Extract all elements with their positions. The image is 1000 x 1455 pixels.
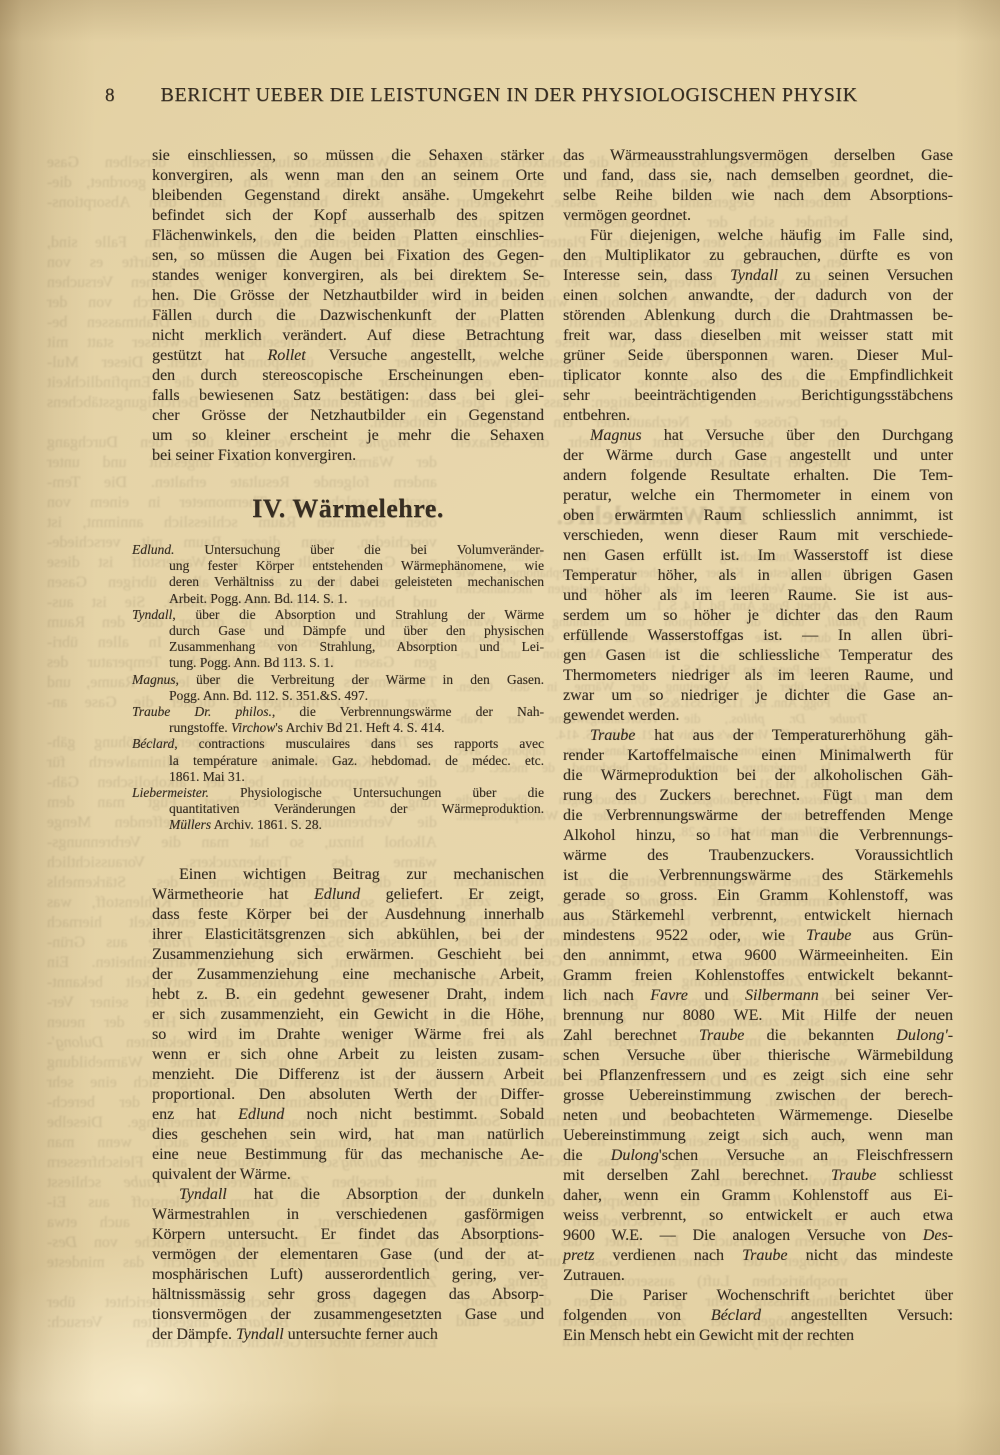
text-line: nen Gasen erfüllt ist. Im Wasserstoff is… <box>563 546 953 566</box>
paragraph: Für diejenigen, welche häufig im Falle s… <box>563 226 953 426</box>
text-line: Temperatur höher, als in allen übrigen G… <box>563 566 953 586</box>
italic-name: Béclard <box>711 1307 761 1324</box>
text-line: vermögen der elementaren Gase (und der a… <box>152 1245 544 1265</box>
text-line: und fand, dass sie, nach demselben geord… <box>563 166 953 186</box>
italic-name: Tyndall <box>236 1326 284 1343</box>
bibliography-line: Zusammenhang von Strahlung, Absorption u… <box>169 639 544 655</box>
text-line: Fällen durch die Dazwischenkunft der Pla… <box>152 306 544 326</box>
bibliography-entry: Béclard, contractions musculaires dans s… <box>152 736 544 785</box>
bibliography-line: quantitativen Veränderungen der Wärmepro… <box>169 801 544 817</box>
text-line: den Multiplikator zu gebrauchen, dürfte … <box>563 246 953 266</box>
italic-name: Edlund. <box>132 542 174 557</box>
italic-name: Magnus <box>132 672 176 687</box>
bibliography-entry: Liebermeister. Physiologische Untersuchu… <box>152 785 544 834</box>
text-line: selbe Reihe bilden wie nach dem Absorpti… <box>563 186 953 206</box>
text-line: so wird im Drahte weniger Wärme frei als <box>152 1025 544 1045</box>
text-line: tionsvermögen der zusammengesetzten Gase… <box>152 1305 544 1325</box>
text-line: serdem um so höher je dichter das den Ra… <box>563 606 953 626</box>
text-line: gen Gasen ist die schliessliche Temperat… <box>563 646 953 666</box>
text-line: weiss verbrennt, so entwickelt er auch e… <box>563 1206 953 1226</box>
bibliography-line: Tyndall, über die Absorption und Strahlu… <box>132 607 544 623</box>
text-line: gewendet werden. <box>563 706 953 726</box>
italic-name: Traube <box>742 1247 787 1264</box>
text-line: freit war, dass dieselben mit weisser st… <box>563 326 953 346</box>
text-line: der Wärme durch Gase angestellt und unte… <box>563 446 953 466</box>
text-line: aus Stärkemehl verbrennt, entwickelt hie… <box>563 906 953 926</box>
text-line: entbehren. <box>563 406 953 426</box>
bibliography-line: rungstoffe. Virchow's Archiv Bd 21. Heft… <box>169 720 544 736</box>
text-line: Thermometers niedriger als im leeren Rau… <box>563 666 953 686</box>
bibliography-line: Edlund. Untersuchung über die bei Volumv… <box>132 542 544 558</box>
text-line: befindet sich der Kopf ausserhalb des sp… <box>152 206 544 226</box>
italic-name: Silbermann <box>745 987 819 1004</box>
paragraph: Einen wichtigen Beitrag zur mechanischen… <box>152 865 544 1185</box>
text-line: Körpern untersucht. Er findet das Absorp… <box>152 1225 544 1245</box>
text-line: brennung nur 8080 WE. Mit Hilfe der neue… <box>563 1006 953 1026</box>
text-line: Traube hat aus der Temperaturerhöhung gä… <box>563 726 953 746</box>
italic-name: Tyndall <box>179 1186 227 1203</box>
text-line: Zahl berechnet Traube die bekannten Dulo… <box>563 1026 953 1046</box>
text-line: Tyndall hat die Absorption der dunkeln <box>152 1185 544 1205</box>
text-line: bei Pflanzenfressern und es zeigt sich e… <box>563 1066 953 1086</box>
italic-name: Traube Dr. philos. <box>132 704 272 719</box>
text-line: mit derselben Zahl berechnet. Traube sch… <box>563 1166 953 1186</box>
paragraph: sie einschliessen, so müssen die Sehaxen… <box>152 146 544 466</box>
italic-name: Tyndall <box>132 607 172 622</box>
text-line: der Zusammenziehung eine mechanische Arb… <box>152 965 544 985</box>
text-line: wärme des Traubenzuckers. Voraussichtlic… <box>563 846 953 866</box>
text-line: mosphärischen Luft) ausserordentlich ger… <box>152 1265 544 1285</box>
text-line: den annimmt, etwa 9600 Wärmeeinheiten. E… <box>563 946 953 966</box>
italic-name: Traube <box>806 927 851 944</box>
text-line: cher Grösse der Netzhautbilder ein Gegen… <box>152 406 544 426</box>
italic-name: Edlund <box>238 1106 284 1123</box>
bibliography-entry: Magnus, über die Verbreitung der Wärme i… <box>152 672 544 704</box>
header-title: BERICHT UEBER DIE LEISTUNGEN IN DER PHYS… <box>161 84 858 107</box>
text-line: enz hat Edlund noch nicht bestimmt. Soba… <box>152 1105 544 1125</box>
paragraph: Die Pariser Wochenschrift berichtet über… <box>563 1286 953 1346</box>
paragraph: Tyndall hat die Absorption der dunkelnWä… <box>152 1185 544 1345</box>
paragraph: das Wärmeausstrahlungsvermögen derselben… <box>563 146 953 226</box>
text-line: Zusammenziehung sich erwärmen. Geschieht… <box>152 945 544 965</box>
text-line: dies geschehen sein wird, hat man natürl… <box>152 1125 544 1145</box>
italic-name: Favre <box>650 987 688 1004</box>
text-line: die Wärmeproduktion bei der alkoholische… <box>563 766 953 786</box>
paragraph: Magnus hat Versuche über den Durchgangde… <box>563 426 953 726</box>
text-line: störenden Ablenkung durch die Drahtmasse… <box>563 306 953 326</box>
text-line: proportional. Den absoluten Werth der Di… <box>152 1085 544 1105</box>
text-line: bleibenden Gegenstand direkt ansähe. Umg… <box>152 186 544 206</box>
text-line: bei seiner Fixation konvergiren. <box>152 446 544 466</box>
italic-name: Traube <box>699 1027 744 1044</box>
text-line: den durch stereoscopische Erscheinungen … <box>152 366 544 386</box>
text-line: grosse Uebereinstimmung zwischen der ber… <box>563 1086 953 1106</box>
text-line: lich nach Favre und Silbermann bei seine… <box>563 986 953 1006</box>
text-line: andern folgende Resultate erhalten. Die … <box>563 466 953 486</box>
text-line: hältnissmässig sehr gross dagegen das Ab… <box>152 1285 544 1305</box>
text-line: neten und beobachteten Wärmemenge. Diese… <box>563 1106 953 1126</box>
italic-name: Dulong' <box>896 1027 947 1044</box>
running-header: 8 BERICHT UEBER DIE LEISTUNGEN IN DER PH… <box>105 84 858 107</box>
text-line: sie einschliessen, so müssen die Sehaxen… <box>152 146 544 166</box>
text-line: dass feste Körper bei der Ausdehnung inn… <box>152 905 544 925</box>
text-line: quivalent der Wärme. <box>152 1165 544 1185</box>
bibliography-line: la température animale. Gaz. hebdomad. d… <box>169 753 544 769</box>
italic-name: Müllers <box>169 817 211 832</box>
text-line: vermögen geordnet. <box>563 206 953 226</box>
italic-name: Edlund <box>314 886 360 903</box>
bibliography-list: Edlund. Untersuchung über die bei Volumv… <box>152 542 544 834</box>
bibliography-line: Magnus, über die Verbreitung der Wärme i… <box>132 672 544 688</box>
text-line: Die Pariser Wochenschrift berichtet über <box>563 1286 953 1306</box>
text-line: oben erwärmten Raum schliesslich annimmt… <box>563 506 953 526</box>
text-line: das Wärmeausstrahlungsvermögen derselben… <box>563 146 953 166</box>
text-line: konvergiren, als wenn man den an seinem … <box>152 166 544 186</box>
italic-name: Dulong <box>611 1147 659 1164</box>
text-line: mindestens 9522 oder, wie Traube aus Grü… <box>563 926 953 946</box>
bibliography-line: durch Gase und Dämpfe und über den physi… <box>169 623 544 639</box>
italic-name: Rollet <box>268 347 306 364</box>
text-line: standes weniger konvergiren, als bei dir… <box>152 266 544 286</box>
text-line: um so kleiner erscheint je mehr die Seha… <box>152 426 544 446</box>
text-line: sen, so müssen die Augen bei Fixation de… <box>152 246 544 266</box>
bibliography-line: Pogg. Ann. Bd. 112. S. 351.&S. 497. <box>169 688 544 704</box>
left-column: sie einschliessen, so müssen die Sehaxen… <box>152 146 544 1345</box>
section-heading: IV. Wärmelehre. <box>152 493 544 525</box>
bibliography-line: Arbeit. Pogg. Ann. Bd. 114. S. 1. <box>169 591 544 607</box>
italic-name: Béclard <box>132 736 174 751</box>
italic-name: Liebermeister. <box>132 785 209 800</box>
bibliography-entry: Tyndall, über die Absorption und Strahlu… <box>152 607 544 672</box>
text-line: verschieden, wenn dieser Raum mit versch… <box>563 526 953 546</box>
text-line: Gramm freien Kohlenstoffes entwickelt be… <box>563 966 953 986</box>
bibliography-line: Traube Dr. philos., die Verbrennungswärm… <box>132 704 544 720</box>
text-line: gerade so gross. Ein Gramm Kohlenstoff, … <box>563 886 953 906</box>
text-line: rung des Zuckers berechnet. Fügt man dem <box>563 786 953 806</box>
text-line: der Dämpfe. Tyndall untersuchte ferner a… <box>152 1325 544 1345</box>
text-line: peratur, welche ein Thermometer in einem… <box>563 486 953 506</box>
italic-name: Magnus <box>590 427 642 444</box>
bibliography-line: deren Verhältniss zu der dabei geleistet… <box>169 574 544 590</box>
bibliography-line: Béclard, contractions musculaires dans s… <box>132 736 544 752</box>
text-line: einen solchen anwandte, der dadurch von … <box>563 286 953 306</box>
text-line: tiplicator konnte also des die Empfindli… <box>563 366 953 386</box>
text-line: die Verbrennungswärme der betreffenden M… <box>563 806 953 826</box>
bibliography-line: 1861. Mai 31. <box>169 769 544 785</box>
bibliography-entry: Edlund. Untersuchung über die bei Volumv… <box>152 542 544 607</box>
text-line: die Dulong'schen Versuche an Fleischfres… <box>563 1146 953 1166</box>
book-page: 8 BERICHT UEBER DIE LEISTUNGEN IN DER PH… <box>0 0 1000 1455</box>
italic-name: Traube <box>590 727 635 744</box>
text-line: eine neue Bestimmung für das mechanische… <box>152 1145 544 1165</box>
bibliography-line: ung fester Körper entstehenden Wärmephän… <box>169 558 544 574</box>
text-line: und höher als im leeren Raume. Sie ist a… <box>563 586 953 606</box>
text-line: Magnus hat Versuche über den Durchgang <box>563 426 953 446</box>
text-line: Wärmestrahlen in verschiedenen gasförmig… <box>152 1205 544 1225</box>
text-line: er sich zusammenzieht, ein Gewicht in di… <box>152 1005 544 1025</box>
text-line: 9600 W.E. — Die analogen Versuche von De… <box>563 1226 953 1246</box>
text-line: render Kartoffelmaische einen Minimalwer… <box>563 746 953 766</box>
right-column: das Wärmeausstrahlungsvermögen derselben… <box>563 146 953 1346</box>
text-line: falls bewiesenen Satz bestätigen: dass b… <box>152 386 544 406</box>
text-line: schen Versuche über thierische Wärmebild… <box>563 1046 953 1066</box>
text-line: Zutrauen. <box>563 1266 953 1286</box>
text-line: ist die Verbrennungswärme des Stärkemehl… <box>563 866 953 886</box>
italic-name: Traube <box>831 1167 876 1184</box>
italic-name: Des- <box>923 1227 953 1244</box>
bibliography-line: tung. Pogg. Ann. Bd 113. S. 1. <box>169 655 544 671</box>
text-line: zwar um so niedriger je dichter die Gase… <box>563 686 953 706</box>
text-line: Ein Mensch hebt ein Gewicht mit der rech… <box>563 1326 953 1346</box>
italic-name: Tyndall <box>730 267 778 284</box>
text-line: Alkohol hinzu, so hat man die Verbrennun… <box>563 826 953 846</box>
text-line: sehr beeinträchtigenden Berichtigungsstä… <box>563 386 953 406</box>
text-line: Einen wichtigen Beitrag zur mechanischen <box>152 865 544 885</box>
italic-name: pretz <box>563 1247 594 1264</box>
text-line: ihrer Elasticitätsgrenzen sich abkühlen,… <box>152 925 544 945</box>
text-line: nicht merklich verändert. Auf diese Betr… <box>152 326 544 346</box>
text-line: pretz verdienen nach Traube nicht das mi… <box>563 1246 953 1266</box>
paragraph: Traube hat aus der Temperaturerhöhung gä… <box>563 726 953 1286</box>
text-line: Uebereinstimmung zeigt sich auch, wenn m… <box>563 1126 953 1146</box>
text-line: Flächenwinkels, den die beiden Platten e… <box>152 226 544 246</box>
page-number: 8 <box>105 85 115 107</box>
text-line: gestützt hat Rollet Versuche angestellt,… <box>152 346 544 366</box>
text-line: erfüllende Wasserstoffgas ist. — In alle… <box>563 626 953 646</box>
text-line: wenn er sich ohne Arbeit zu leisten zusa… <box>152 1045 544 1065</box>
text-line: grüner Seide übersponnen waren. Dieser M… <box>563 346 953 366</box>
text-line: menzieht. Die Differenz ist der äussern … <box>152 1065 544 1085</box>
text-line: Wärmetheorie hat Edlund geliefert. Er ze… <box>152 885 544 905</box>
bibliography-line: Müllers Archiv. 1861. S. 28. <box>169 817 544 833</box>
text-line: Interesse sein, dass Tyndall zu seinen V… <box>563 266 953 286</box>
text-line: Für diejenigen, welche häufig im Falle s… <box>563 226 953 246</box>
text-line: hen. Die Grösse der Netzhautbilder wird … <box>152 286 544 306</box>
bibliography-line: Liebermeister. Physiologische Untersuchu… <box>132 785 544 801</box>
italic-name: Virchow <box>231 720 275 735</box>
bibliography-entry: Traube Dr. philos., die Verbrennungswärm… <box>152 704 544 736</box>
text-line: daher, wenn ein Gramm Kohlenstoff aus Ei… <box>563 1186 953 1206</box>
text-line: folgenden von Béclard angestellten Versu… <box>563 1306 953 1326</box>
text-line: hebt z. B. ein gedehnt gewesener Draht, … <box>152 985 544 1005</box>
